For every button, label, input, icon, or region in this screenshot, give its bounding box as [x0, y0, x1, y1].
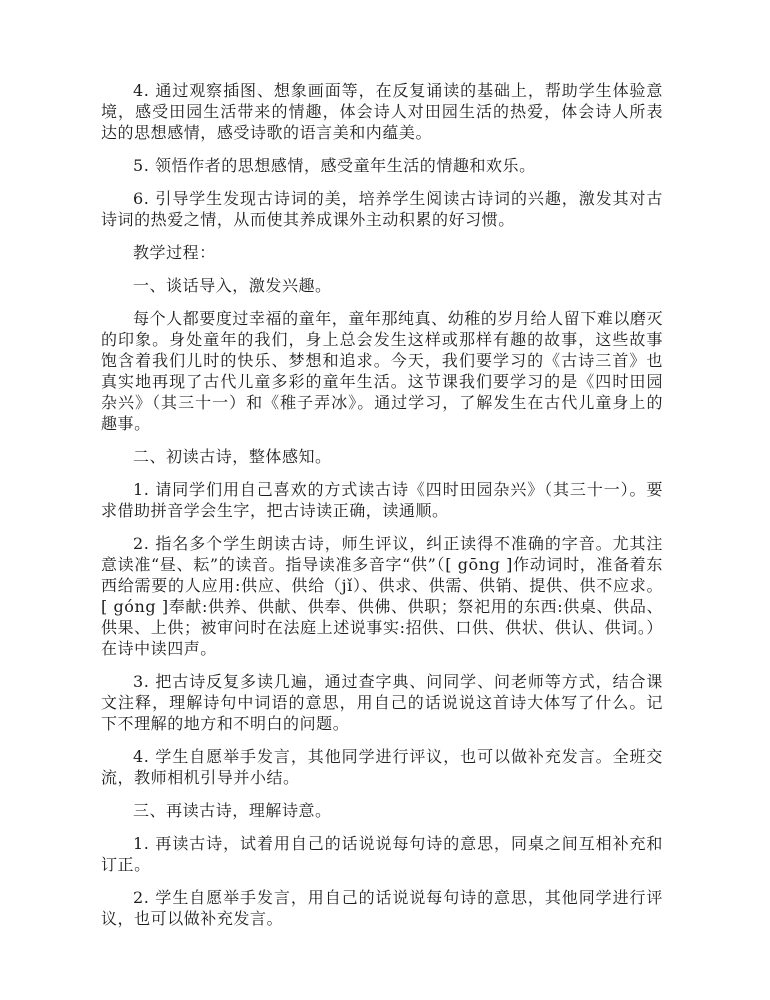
paragraph-objective-4: 4. 通过观察插图、想象画面等，在反复诵读的基础上，帮助学生体验意境，感受田园生…	[101, 80, 663, 143]
paragraph-step-1: 1. 请同学们用自己喜欢的方式读古诗《四时田园杂兴》（其三十一）。要求借助拼音学…	[101, 479, 663, 521]
paragraph-step-3-2: 2. 学生自愿举手发言，用自己的话说说每句诗的意思，其他同学进行评议，也可以做补…	[101, 887, 663, 929]
paragraph-intro: 每个人都要度过幸福的童年，童年那纯真、幼稚的岁月给人留下难以磨灭的印象。身处童年…	[101, 308, 663, 434]
paragraph-objective-5: 5. 领悟作者的思想感情，感受童年生活的情趣和欢乐。	[101, 155, 663, 176]
paragraph-step-3: 3. 把古诗反复多读几遍，通过查字典、问同学、问老师等方式，结合课文注释，理解诗…	[101, 671, 663, 734]
heading-section-3: 三、再读古诗，理解诗意。	[101, 800, 663, 821]
heading-section-2: 二、初读古诗，整体感知。	[101, 446, 663, 467]
paragraph-step-4: 4. 学生自愿举手发言，其他同学进行评议，也可以做补充发言。全班交流，教师相机引…	[101, 746, 663, 788]
heading-section-1: 一、谈话导入，激发兴趣。	[101, 275, 663, 296]
document-page: 4. 通过观察插图、想象画面等，在反复诵读的基础上，帮助学生体验意境，感受田园生…	[0, 0, 770, 1000]
paragraph-step-3-1: 1. 再读古诗，试着用自己的话说说每句诗的意思，同桌之间互相补充和订正。	[101, 833, 663, 875]
paragraph-step-2: 2. 指名多个学生朗读古诗，师生评议，纠正读得不准确的字音。尤其注意读准“昼、耘…	[101, 533, 663, 659]
paragraph-objective-6: 6. 引导学生发现古诗词的美，培养学生阅读古诗词的兴趣，激发其对古诗词的热爱之情…	[101, 188, 663, 230]
document-content: 4. 通过观察插图、想象画面等，在反复诵读的基础上，帮助学生体验意境，感受田园生…	[0, 0, 770, 929]
heading-teaching-process: 教学过程：	[101, 242, 663, 263]
